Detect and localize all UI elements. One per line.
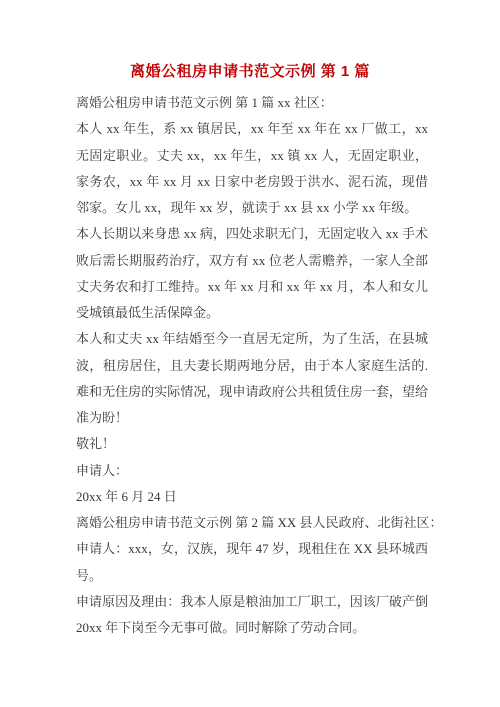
text-line: 本人长期以来身患 xx 病，四处求职无门，无固定收入 xx 手术后失 [76,221,428,247]
text-line: 难和无住房的实际情况，现申请政府公共租赁住房一套，望给予批 [76,379,428,405]
text-line: 准为盼！ [76,405,428,431]
text-line: 无固定职业。丈夫 xx，xx 年生，xx 镇 xx 人，无固定职业，目前在 [76,143,428,169]
text-line: 丈夫务农和打工维持。xx 年 xx 月和 xx 年 xx 月，本人和女儿分别享 [76,274,428,300]
text-line: 家务农，xx 年 xx 月 xx 日家中老房毁于洪水、泥石流，现借住于村 [76,169,428,195]
text-line: 20xx 年 6 月 24 日 [76,484,428,510]
text-line: 本人 xx 年生，系 xx 镇居民，xx 年至 xx 年在 xx 厂做工，xx … [76,116,428,142]
text-line: 申请人： [76,458,428,484]
text-line: 号。 [76,563,428,589]
letter-body: 离婚公租房申请书范文示例 第 1 篇 xx 社区：本人 xx 年生，系 xx 镇… [76,90,428,641]
text-line: 申请人：xxx，女，汉族，现年 47 岁，现租住在 XX 县环城西路 xxx [76,536,428,562]
document-title: 离婚公租房申请书范文示例 第 1 篇 [0,60,500,81]
text-line: 败后需长期服药治疗，双方有 xx 位老人需赡养，一家人全部费用靠 [76,248,428,274]
text-line: 邻家。女儿 xx，现年 xx 岁，就读于 xx 县 xx 小学 xx 年级。 [76,195,428,221]
text-line: 离婚公租房申请书范文示例 第 1 篇 xx 社区： [76,90,428,116]
text-line: 敬礼！ [76,431,428,457]
text-line: 本人和丈夫 xx 年结婚至今一直居无定所，为了生活，在县城四处奔 [76,326,428,352]
text-line: 波，租房居住，且夫妻长期两地分居，由于本人家庭生活的.实际困 [76,353,428,379]
document-page: 离婚公租房申请书范文示例 第 1 篇 离婚公租房申请书范文示例 第 1 篇 xx… [0,0,500,707]
text-line: 离婚公租房申请书范文示例 第 2 篇 XX 县人民政府、北街社区： [76,510,428,536]
text-line: 20xx 年下岗至今无事可做。同时解除了劳动合同。 [76,615,428,641]
text-line: 申请原因及理由：我本人原是粮油加工厂职工，因该厂破产倒闭于 [76,589,428,615]
text-line: 受城镇最低生活保障金。 [76,300,428,326]
